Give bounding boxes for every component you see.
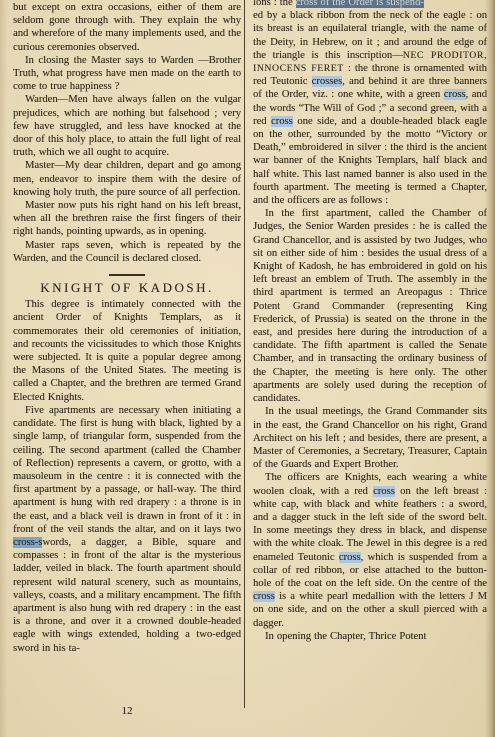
- column-divider-rule: [244, 0, 245, 708]
- paragraph: This degree is intimately connected with…: [13, 298, 241, 404]
- body-text: In closing the Master says to Warden —Br…: [13, 55, 241, 92]
- paragraph: but except on extra occasions, either of…: [13, 1, 241, 54]
- body-text: but except on extra occasions, either of…: [13, 2, 241, 53]
- section-divider-rule: [109, 274, 145, 276]
- body-text: Warden—Men have always fallen on the vul…: [13, 94, 241, 158]
- paragraph: Master—My dear children, depart and go a…: [13, 159, 241, 199]
- search-match-highlight: crosses: [312, 76, 343, 87]
- body-text: is a white pearl medallion with the lett…: [253, 591, 487, 628]
- paragraph: In the usual meetings, the Grand Command…: [253, 405, 487, 471]
- search-match-highlight: cross: [444, 89, 466, 100]
- body-text: Master raps seven, which is repeated by …: [13, 240, 241, 264]
- search-match-highlight: cross: [339, 552, 361, 563]
- paragraph: Master raps seven, which is repeated by …: [13, 239, 241, 265]
- paragraph: In closing the Master says to Warden —Br…: [13, 54, 241, 94]
- search-match-highlight: cross: [253, 591, 275, 602]
- paragraph: Warden—Men have always fallen on the vul…: [13, 93, 241, 159]
- body-text: words, a dagger, a Bible, square and com…: [13, 537, 241, 654]
- page-left-edge-shading: [0, 0, 7, 737]
- paragraph: In opening the Chapter, Thrice Potent: [253, 630, 487, 643]
- body-text: lons : the: [253, 0, 296, 8]
- paragraph: Master now puts his right hand on his le…: [13, 199, 241, 239]
- search-match-highlight: cross: [373, 486, 395, 497]
- body-text: In the usual meetings, the Grand Command…: [253, 406, 487, 470]
- scanned-book-page: but except on extra occasions, either of…: [0, 0, 495, 737]
- page-number: 12: [13, 705, 241, 717]
- search-match-highlight: cross: [271, 116, 293, 127]
- paragraph: Five apartments are necessary when initi…: [13, 404, 241, 655]
- right-column: lons : the cross of the Order is suspend…: [253, 0, 487, 708]
- body-text: In the first apartment, called the Chamb…: [253, 208, 487, 404]
- body-text: Master—My dear children, depart and go a…: [13, 160, 241, 197]
- body-text: In opening the Chapter, Thrice Potent: [265, 631, 426, 642]
- paragraph: lons : the cross of the Order is suspend…: [253, 0, 487, 207]
- body-text: Master now puts his right hand on his le…: [13, 200, 241, 237]
- body-text: one side, and a double-headed black eagl…: [253, 116, 487, 206]
- text-selection-highlight: cross of the Order is suspend-: [296, 0, 424, 8]
- paragraph: The officers are Knights, each wearing a…: [253, 471, 487, 629]
- body-text: Five apartments are necessary when initi…: [13, 405, 241, 535]
- body-text: This degree is intimately connected with…: [13, 299, 241, 402]
- active-search-match-highlight: cross-s: [13, 537, 42, 548]
- paragraph: In the first apartment, called the Chamb…: [253, 207, 487, 405]
- section-heading: KNIGHT OF KADOSH.: [13, 281, 241, 294]
- left-column: but except on extra occasions, either of…: [13, 1, 241, 707]
